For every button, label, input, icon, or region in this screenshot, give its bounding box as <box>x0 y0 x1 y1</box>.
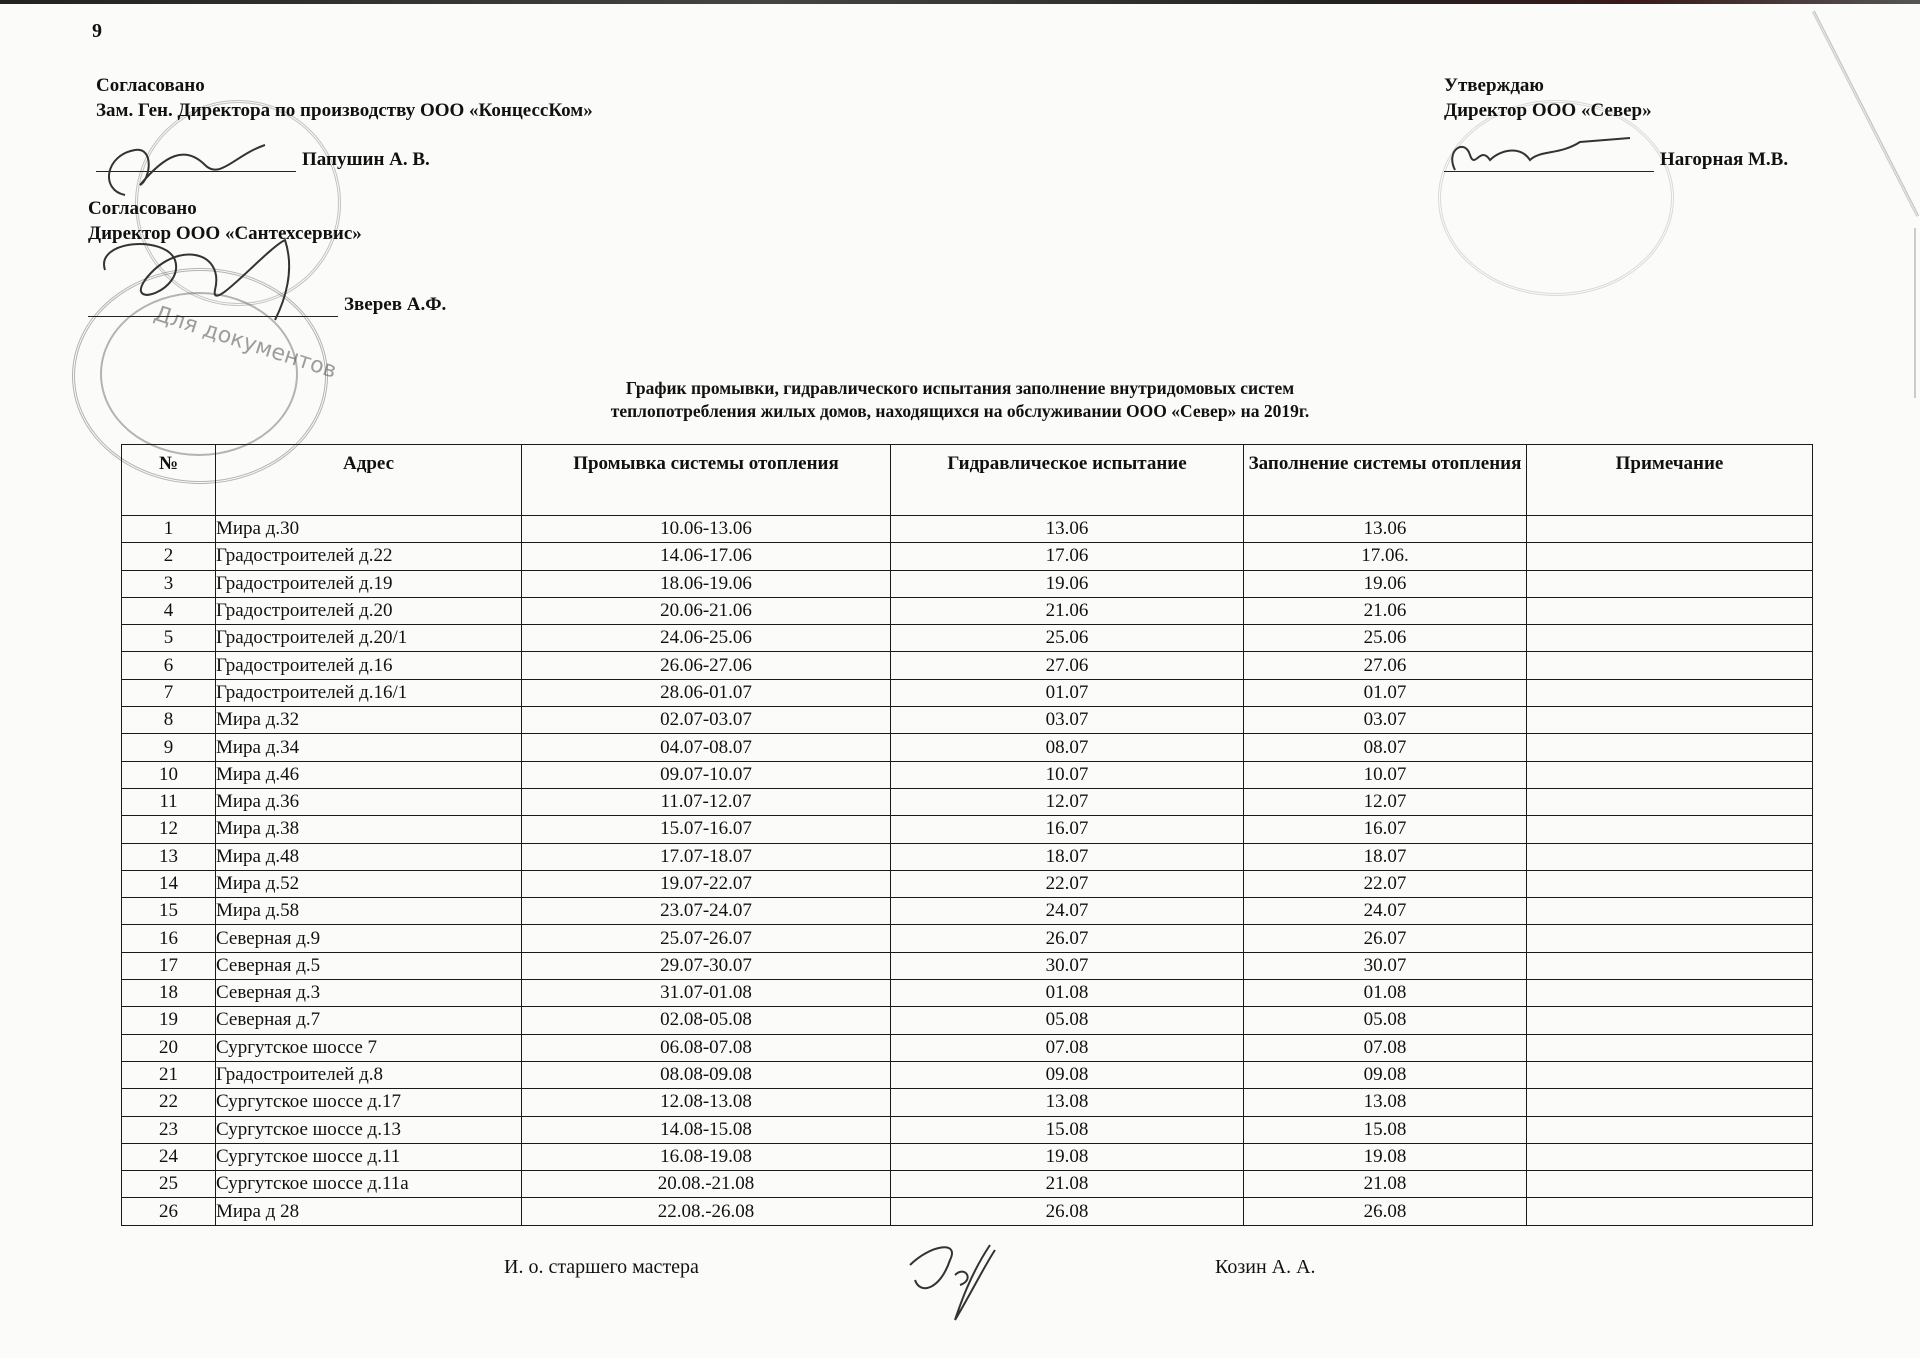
cell-hydro: 24.07 <box>891 898 1244 925</box>
cell-note <box>1527 1198 1813 1225</box>
cell-hydro: 17.06 <box>891 543 1244 570</box>
cell-note <box>1527 597 1813 624</box>
table-row: 20Сургутское шоссе 706.08-07.0807.0807.0… <box>122 1034 1813 1061</box>
col-header-wash: Промывка системы отопления <box>522 445 891 516</box>
cell-note <box>1527 843 1813 870</box>
cell-num: 24 <box>122 1143 216 1170</box>
cell-fill: 05.08 <box>1244 1007 1527 1034</box>
cell-fill: 18.07 <box>1244 843 1527 870</box>
cell-wash: 02.07-03.07 <box>522 707 891 734</box>
cell-note <box>1527 898 1813 925</box>
confirmation-heading: Утверждаю <box>1444 73 1788 98</box>
cell-fill: 21.08 <box>1244 1171 1527 1198</box>
cell-address: Градостроителей д.16/1 <box>216 679 522 706</box>
cell-address: Мира д.30 <box>216 516 522 543</box>
cell-hydro: 13.08 <box>891 1089 1244 1116</box>
cell-wash: 09.07-10.07 <box>522 761 891 788</box>
cell-fill: 22.07 <box>1244 870 1527 897</box>
cell-fill: 09.08 <box>1244 1061 1527 1088</box>
cell-num: 8 <box>122 707 216 734</box>
cell-fill: 25.06 <box>1244 625 1527 652</box>
cell-hydro: 19.06 <box>891 570 1244 597</box>
page-mark: 9 <box>92 20 102 43</box>
cell-note <box>1527 734 1813 761</box>
cell-wash: 08.08-09.08 <box>522 1061 891 1088</box>
cell-fill: 19.08 <box>1244 1143 1527 1170</box>
table-header-row: № Адрес Промывка системы отопления Гидра… <box>122 445 1813 516</box>
cell-address: Мира д 28 <box>216 1198 522 1225</box>
cell-hydro: 01.07 <box>891 679 1244 706</box>
table-row: 19Северная д.702.08-05.0805.0805.08 <box>122 1007 1813 1034</box>
cell-fill: 26.07 <box>1244 925 1527 952</box>
cell-fill: 19.06 <box>1244 570 1527 597</box>
cell-note <box>1527 543 1813 570</box>
cell-num: 11 <box>122 788 216 815</box>
table-row: 16Северная д.925.07-26.0726.0726.07 <box>122 925 1813 952</box>
cell-address: Градостроителей д.20 <box>216 597 522 624</box>
table-row: 26Мира д 2822.08.-26.0826.0826.08 <box>122 1198 1813 1225</box>
table-row: 13Мира д.4817.07-18.0718.0718.07 <box>122 843 1813 870</box>
table-row: 15Мира д.5823.07-24.0724.0724.07 <box>122 898 1813 925</box>
table-row: 25Сургутское шоссе д.11а20.08.-21.0821.0… <box>122 1171 1813 1198</box>
cell-num: 3 <box>122 570 216 597</box>
cell-address: Мира д.34 <box>216 734 522 761</box>
approval-position: Зам. Ген. Директора по производству ООО … <box>96 98 593 123</box>
cell-wash: 29.07-30.07 <box>522 952 891 979</box>
cell-num: 20 <box>122 1034 216 1061</box>
paper-fold-line <box>1812 11 1919 217</box>
cell-wash: 11.07-12.07 <box>522 788 891 815</box>
schedule-body: 1Мира д.3010.06-13.0613.0613.062Градостр… <box>122 516 1813 1226</box>
cell-wash: 12.08-13.08 <box>522 1089 891 1116</box>
cell-note <box>1527 816 1813 843</box>
cell-note <box>1527 652 1813 679</box>
cell-note <box>1527 707 1813 734</box>
signature-kozin-icon <box>900 1235 1010 1325</box>
cell-wash: 02.08-05.08 <box>522 1007 891 1034</box>
cell-hydro: 09.08 <box>891 1061 1244 1088</box>
col-header-fill: Заполнение системы отопления <box>1244 445 1527 516</box>
cell-num: 26 <box>122 1198 216 1225</box>
document-title: График промывки, гидравлического испытан… <box>0 377 1920 423</box>
cell-fill: 13.08 <box>1244 1089 1527 1116</box>
cell-num: 10 <box>122 761 216 788</box>
cell-wash: 04.07-08.07 <box>522 734 891 761</box>
cell-address: Сургутское шоссе д.13 <box>216 1116 522 1143</box>
cell-hydro: 15.08 <box>891 1116 1244 1143</box>
table-row: 24Сургутское шоссе д.1116.08-19.0819.081… <box>122 1143 1813 1170</box>
cell-address: Сургутское шоссе 7 <box>216 1034 522 1061</box>
col-header-hydro: Гидравлическое испытание <box>891 445 1244 516</box>
cell-address: Мира д.58 <box>216 898 522 925</box>
approval-heading: Согласовано <box>96 73 593 98</box>
cell-hydro: 19.08 <box>891 1143 1244 1170</box>
cell-note <box>1527 1007 1813 1034</box>
cell-fill: 12.07 <box>1244 788 1527 815</box>
cell-num: 22 <box>122 1089 216 1116</box>
cell-address: Мира д.48 <box>216 843 522 870</box>
cell-wash: 25.07-26.07 <box>522 925 891 952</box>
cell-address: Сургутское шоссе д.11 <box>216 1143 522 1170</box>
confirmation-position: Директор ООО «Север» <box>1444 98 1788 123</box>
cell-wash: 31.07-01.08 <box>522 980 891 1007</box>
cell-num: 18 <box>122 980 216 1007</box>
cell-wash: 17.07-18.07 <box>522 843 891 870</box>
cell-note <box>1527 570 1813 597</box>
cell-hydro: 21.06 <box>891 597 1244 624</box>
col-header-address: Адрес <box>216 445 522 516</box>
table-row: 5Градостроителей д.20/124.06-25.0625.062… <box>122 625 1813 652</box>
cell-address: Градостроителей д.8 <box>216 1061 522 1088</box>
cell-num: 5 <box>122 625 216 652</box>
table-row: 17Северная д.529.07-30.0730.0730.07 <box>122 952 1813 979</box>
cell-wash: 26.06-27.06 <box>522 652 891 679</box>
cell-num: 19 <box>122 1007 216 1034</box>
cell-note <box>1527 1143 1813 1170</box>
cell-note <box>1527 1034 1813 1061</box>
cell-fill: 24.07 <box>1244 898 1527 925</box>
title-line-2: теплопотребления жилых домов, находящихс… <box>0 400 1920 423</box>
footer-name: Козин А. А. <box>1215 1256 1316 1279</box>
table-row: 3Градостроителей д.1918.06-19.0619.0619.… <box>122 570 1813 597</box>
table-row: 18Северная д.331.07-01.0801.0801.08 <box>122 980 1813 1007</box>
cell-note <box>1527 1061 1813 1088</box>
cell-note <box>1527 1089 1813 1116</box>
cell-wash: 16.08-19.08 <box>522 1143 891 1170</box>
table-row: 9Мира д.3404.07-08.0708.0708.07 <box>122 734 1813 761</box>
table-row: 23Сургутское шоссе д.1314.08-15.0815.081… <box>122 1116 1813 1143</box>
cell-num: 13 <box>122 843 216 870</box>
cell-note <box>1527 925 1813 952</box>
cell-note <box>1527 516 1813 543</box>
cell-hydro: 22.07 <box>891 870 1244 897</box>
cell-address: Мира д.38 <box>216 816 522 843</box>
title-line-1: График промывки, гидравлического испытан… <box>0 377 1920 400</box>
signer-name: Нагорная М.В. <box>1660 147 1788 172</box>
cell-num: 15 <box>122 898 216 925</box>
table-row: 6Градостроителей д.1626.06-27.0627.0627.… <box>122 652 1813 679</box>
cell-wash: 14.08-15.08 <box>522 1116 891 1143</box>
signature-zverev-icon <box>85 230 345 330</box>
cell-address: Мира д.36 <box>216 788 522 815</box>
table-row: 10Мира д.4609.07-10.0710.0710.07 <box>122 761 1813 788</box>
cell-note <box>1527 761 1813 788</box>
cell-address: Мира д.46 <box>216 761 522 788</box>
cell-fill: 26.08 <box>1244 1198 1527 1225</box>
cell-wash: 14.06-17.06 <box>522 543 891 570</box>
cell-note <box>1527 625 1813 652</box>
table-row: 21Градостроителей д.808.08-09.0809.0809.… <box>122 1061 1813 1088</box>
cell-hydro: 08.07 <box>891 734 1244 761</box>
cell-num: 17 <box>122 952 216 979</box>
cell-fill: 08.07 <box>1244 734 1527 761</box>
cell-num: 9 <box>122 734 216 761</box>
signature-papushin-icon <box>95 135 295 205</box>
cell-hydro: 13.06 <box>891 516 1244 543</box>
table-row: 22Сургутское шоссе д.1712.08-13.0813.081… <box>122 1089 1813 1116</box>
cell-num: 6 <box>122 652 216 679</box>
table-row: 4Градостроителей д.2020.06-21.0621.0621.… <box>122 597 1813 624</box>
cell-address: Мира д.52 <box>216 870 522 897</box>
table-row: 7Градостроителей д.16/128.06-01.0701.070… <box>122 679 1813 706</box>
cell-num: 2 <box>122 543 216 570</box>
cell-hydro: 26.07 <box>891 925 1244 952</box>
cell-wash: 06.08-07.08 <box>522 1034 891 1061</box>
cell-wash: 18.06-19.06 <box>522 570 891 597</box>
cell-hydro: 01.08 <box>891 980 1244 1007</box>
cell-note <box>1527 870 1813 897</box>
cell-hydro: 12.07 <box>891 788 1244 815</box>
cell-hydro: 30.07 <box>891 952 1244 979</box>
cell-fill: 30.07 <box>1244 952 1527 979</box>
cell-address: Градостроителей д.16 <box>216 652 522 679</box>
cell-hydro: 25.06 <box>891 625 1244 652</box>
cell-fill: 01.07 <box>1244 679 1527 706</box>
cell-fill: 15.08 <box>1244 1116 1527 1143</box>
cell-address: Сургутское шоссе д.11а <box>216 1171 522 1198</box>
cell-fill: 27.06 <box>1244 652 1527 679</box>
schedule-table: № Адрес Промывка системы отопления Гидра… <box>121 444 1813 1226</box>
table-row: 8Мира д.3202.07-03.0703.0703.07 <box>122 707 1813 734</box>
cell-fill: 10.07 <box>1244 761 1527 788</box>
cell-fill: 07.08 <box>1244 1034 1527 1061</box>
table-row: 2Градостроителей д.2214.06-17.0617.0617.… <box>122 543 1813 570</box>
cell-hydro: 16.07 <box>891 816 1244 843</box>
cell-num: 25 <box>122 1171 216 1198</box>
cell-hydro: 21.08 <box>891 1171 1244 1198</box>
cell-wash: 20.06-21.06 <box>522 597 891 624</box>
col-header-note: Примечание <box>1527 445 1813 516</box>
signature-nagornaya-icon <box>1440 130 1640 180</box>
cell-wash: 22.08.-26.08 <box>522 1198 891 1225</box>
cell-wash: 15.07-16.07 <box>522 816 891 843</box>
signer-name: Папушин А. В. <box>302 147 430 172</box>
table-row: 1Мира д.3010.06-13.0613.0613.06 <box>122 516 1813 543</box>
cell-wash: 19.07-22.07 <box>522 870 891 897</box>
cell-fill: 03.07 <box>1244 707 1527 734</box>
cell-num: 16 <box>122 925 216 952</box>
cell-address: Градостроителей д.22 <box>216 543 522 570</box>
table-row: 11Мира д.3611.07-12.0712.0712.07 <box>122 788 1813 815</box>
cell-fill: 16.07 <box>1244 816 1527 843</box>
cell-hydro: 26.08 <box>891 1198 1244 1225</box>
cell-fill: 13.06 <box>1244 516 1527 543</box>
cell-address: Сургутское шоссе д.17 <box>216 1089 522 1116</box>
cell-hydro: 18.07 <box>891 843 1244 870</box>
cell-wash: 24.06-25.06 <box>522 625 891 652</box>
cell-address: Градостроителей д.20/1 <box>216 625 522 652</box>
cell-note <box>1527 1116 1813 1143</box>
cell-address: Северная д.3 <box>216 980 522 1007</box>
cell-num: 21 <box>122 1061 216 1088</box>
cell-num: 14 <box>122 870 216 897</box>
cell-note <box>1527 980 1813 1007</box>
cell-wash: 20.08.-21.08 <box>522 1171 891 1198</box>
cell-fill: 21.06 <box>1244 597 1527 624</box>
paper-edge-line <box>1914 228 1916 398</box>
cell-address: Градостроителей д.19 <box>216 570 522 597</box>
col-header-num: № <box>122 445 216 516</box>
cell-note <box>1527 1171 1813 1198</box>
cell-hydro: 07.08 <box>891 1034 1244 1061</box>
cell-note <box>1527 952 1813 979</box>
cell-wash: 10.06-13.06 <box>522 516 891 543</box>
cell-num: 4 <box>122 597 216 624</box>
cell-hydro: 05.08 <box>891 1007 1244 1034</box>
cell-num: 23 <box>122 1116 216 1143</box>
cell-wash: 28.06-01.07 <box>522 679 891 706</box>
cell-hydro: 27.06 <box>891 652 1244 679</box>
table-row: 14Мира д.5219.07-22.0722.0722.07 <box>122 870 1813 897</box>
cell-fill: 01.08 <box>1244 980 1527 1007</box>
cell-num: 12 <box>122 816 216 843</box>
cell-wash: 23.07-24.07 <box>522 898 891 925</box>
cell-hydro: 03.07 <box>891 707 1244 734</box>
footer-role: И. о. старшего мастера <box>504 1256 699 1279</box>
cell-note <box>1527 679 1813 706</box>
table-row: 12Мира д.3815.07-16.0716.0716.07 <box>122 816 1813 843</box>
cell-address: Мира д.32 <box>216 707 522 734</box>
cell-address: Северная д.5 <box>216 952 522 979</box>
cell-fill: 17.06. <box>1244 543 1527 570</box>
cell-num: 1 <box>122 516 216 543</box>
cell-hydro: 10.07 <box>891 761 1244 788</box>
cell-address: Северная д.7 <box>216 1007 522 1034</box>
cell-note <box>1527 788 1813 815</box>
signer-name: Зверев А.Ф. <box>344 292 446 317</box>
cell-address: Северная д.9 <box>216 925 522 952</box>
scan-edge <box>0 0 1920 4</box>
cell-num: 7 <box>122 679 216 706</box>
